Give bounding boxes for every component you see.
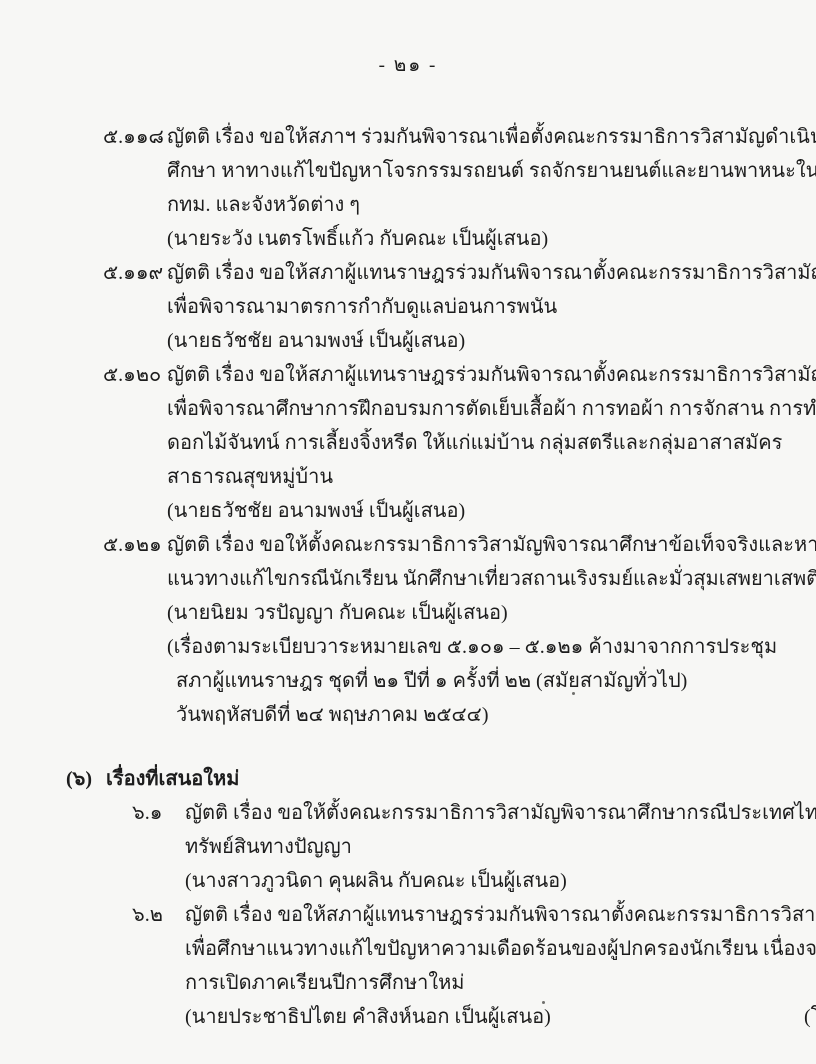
item-number: ๕.๑๒๐ [103, 358, 167, 392]
agenda-item-5-118: ๕.๑๑๘ ญัตติ เรื่อง ขอให้สภาฯ ร่วมกันพิจา… [60, 120, 776, 256]
agenda-line: ทรัพย์สินทางปัญญา [185, 830, 776, 864]
item-number: ๖.๒ [132, 898, 185, 932]
agenda-line: ศึกษา หาทางแก้ไขปัญหาโจรกรรมรถยนต์ รถจัก… [167, 154, 776, 188]
proposer-text: (นายประชาธิปไตย คำสิงห์นอก เป็นผู้เสนอ) [185, 1006, 551, 1028]
agenda-line: ดอกไม้จันทน์ การเลี้ยงจิ้งหรีด ให้แก่แม่… [167, 426, 776, 460]
proposer-line: (นายธวัชชัย อนามพงษ์ เป็นผู้เสนอ) [167, 494, 776, 528]
note-line: สภาผู้แทนราษฎร ชุดที่ ๒๑ ปีที่ ๑ ครั้งที… [176, 664, 776, 698]
agenda-line: ญัตติ เรื่อง ขอให้ตั้งคณะกรรมาธิการวิสาม… [167, 528, 776, 562]
item-number: ๕.๑๑๙ [103, 256, 167, 290]
agenda-line: ญัตติ เรื่อง ขอให้สภาผู้แทนราษฎรร่วมกันพ… [167, 256, 776, 290]
item-number: ๕.๑๒๑ [103, 528, 167, 562]
agenda-line: ญัตติ เรื่อง ขอให้สภาผู้แทนราษฎรร่วมกันพ… [185, 898, 776, 932]
agenda-line: ญัตติ เรื่อง ขอให้ตั้งคณะกรรมาธิการวิสาม… [185, 796, 776, 830]
agenda-item-5-120: ๕.๑๒๐ ญัตติ เรื่อง ขอให้สภาผู้แทนราษฎรร่… [60, 358, 776, 528]
agenda-line: การเปิดภาคเรียนปีการศึกษาใหม่ [185, 966, 776, 1000]
agenda-line: กทม. และจังหวัดต่าง ๆ [167, 188, 776, 222]
agenda-item-5-121: ๕.๑๒๑ ญัตติ เรื่อง ขอให้ตั้งคณะกรรมาธิกา… [60, 528, 776, 630]
item-number: ๖.๑ [132, 796, 185, 830]
proposer-line: (นายธวัชชัย อนามพงษ์ เป็นผู้เสนอ) [167, 324, 776, 358]
agenda-line: ญัตติ เรื่อง ขอให้สภาฯ ร่วมกันพิจารณาเพื… [167, 120, 776, 154]
agenda-line: สาธารณสุขหมู่บ้าน [167, 460, 776, 494]
agenda-line: แนวทางแก้ไขกรณีนักเรียน นักศึกษาเที่ยวสถ… [167, 562, 776, 596]
agenda-item-5-119: ๕.๑๑๙ ญัตติ เรื่อง ขอให้สภาผู้แทนราษฎรร่… [60, 256, 776, 358]
agenda-item-6-2: ๖.๒ ญัตติ เรื่อง ขอให้สภาผู้แทนราษฎรร่วม… [60, 898, 776, 1034]
carryover-note: (เรื่องตามระเบียบวาระหมายเลข ๕.๑๐๑ – ๕.๑… [60, 630, 776, 732]
proposer-line: (นายระวัง เนตรโพธิ์แก้ว กับคณะ เป็นผู้เส… [167, 222, 776, 256]
agenda-line: เพื่อพิจารณาศึกษาการฝึกอบรมการตัดเย็บเสื… [167, 392, 776, 426]
agenda-line: เพื่อพิจารณามาตรการกำกับดูแลบ่อนการพนัน [167, 290, 776, 324]
flip-note: (โปรดพลิก) [804, 1000, 816, 1034]
proposer-line: (นายนิยม วรปัญญา กับคณะ เป็นผู้เสนอ) [167, 596, 776, 630]
section-title: เรื่องที่เสนอใหม่ [106, 768, 239, 790]
note-line: (เรื่องตามระเบียบวาระหมายเลข ๕.๑๐๑ – ๕.๑… [167, 630, 776, 664]
note-line: วันพฤหัสบดีที่ ๒๔ พฤษภาคม ๒๕๔๔) [176, 698, 776, 732]
scan-speck [572, 692, 575, 695]
section-header: (๖)เรื่องที่เสนอใหม่ [60, 762, 776, 796]
agenda-content: ๕.๑๑๘ ญัตติ เรื่อง ขอให้สภาฯ ร่วมกันพิจา… [60, 120, 776, 1034]
scan-speck [542, 1001, 545, 1004]
item-number: ๕.๑๑๘ [103, 120, 167, 154]
proposer-line: (นางสาวภูวนิดา คุนผลิน กับคณะ เป็นผู้เสน… [185, 864, 776, 898]
agenda-line: เพื่อศึกษาแนวทางแก้ไขปัญหาความเดือดร้อนข… [185, 932, 776, 966]
proposer-line: (นายประชาธิปไตย คำสิงห์นอก เป็นผู้เสนอ) … [185, 1000, 776, 1034]
page-number: - ๒๑ - [0, 50, 816, 80]
section-label: (๖) [66, 768, 92, 790]
agenda-item-6-1: ๖.๑ ญัตติ เรื่อง ขอให้ตั้งคณะกรรมาธิการว… [60, 796, 776, 898]
document-page: - ๒๑ - ๕.๑๑๘ ญัตติ เรื่อง ขอให้สภาฯ ร่วม… [0, 0, 816, 1064]
agenda-line: ญัตติ เรื่อง ขอให้สภาผู้แทนราษฎรร่วมกันพ… [167, 358, 776, 392]
